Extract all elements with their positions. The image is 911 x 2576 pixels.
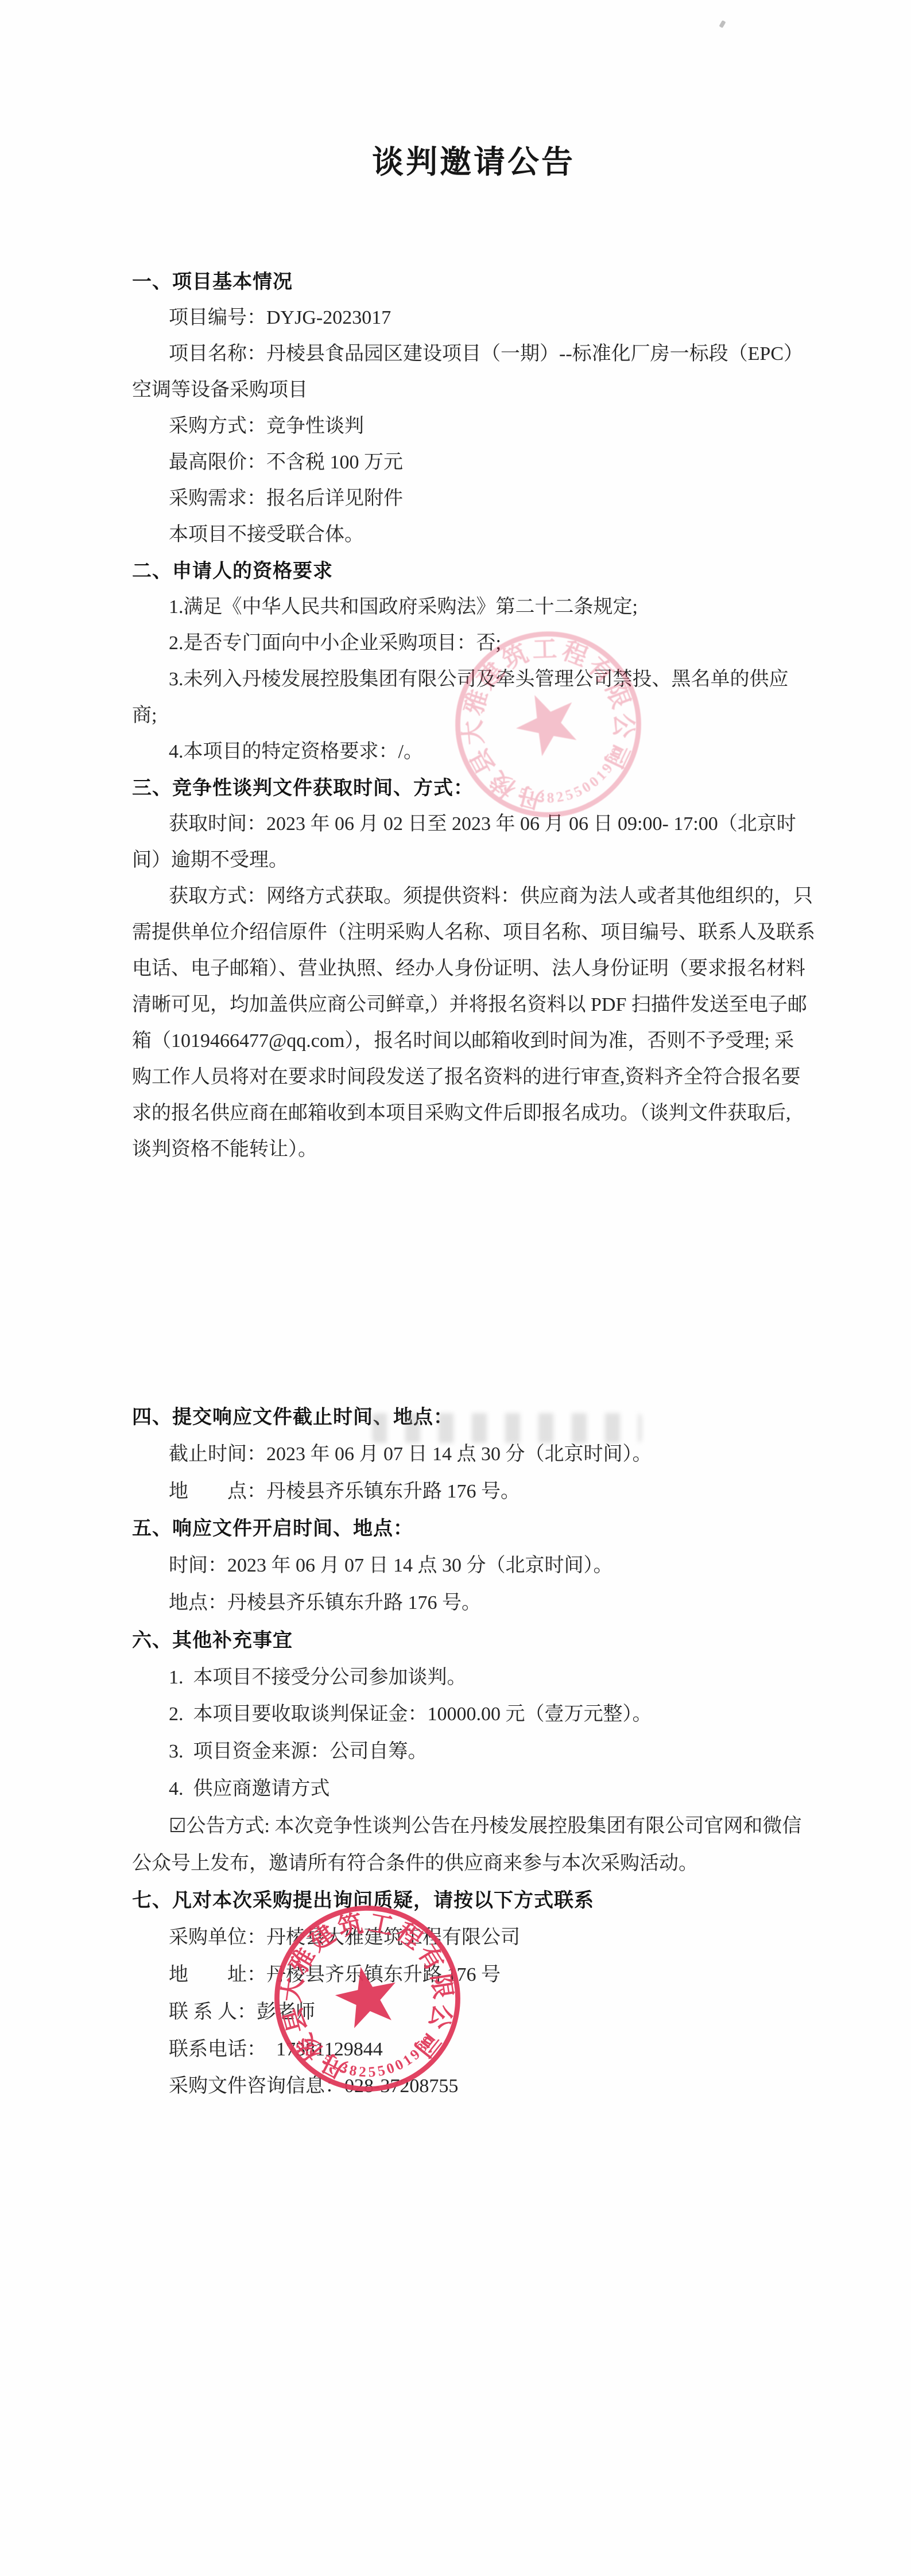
doc-line: 时间：2023 年 06 月 07 日 14 点 30 分（北京时间）。 <box>169 1554 613 1578</box>
doc-line: 求的报名供应商在邮箱收到本项目采购文件后即报名成功。（谈判文件获取后, <box>132 1101 791 1126</box>
doc-line: 1. 本项目不接受分公司参加谈判。 <box>169 1666 467 1690</box>
document-title: 谈判邀请公告 <box>132 137 815 182</box>
ghost-smudge <box>372 1413 642 1443</box>
doc-line: 购工作人员将对在要求时间段发送了报名资料的进行审查,资料齐全符合报名要 <box>132 1065 801 1089</box>
doc-line: 清晰可见，均加盖供应商公司鲜章,）并将报名资料以 PDF 扫描件发送至电子邮 <box>132 993 807 1017</box>
doc-line: 电话、电子邮箱）、营业执照、经办人身份证明、法人身份证明（要求报名材料 <box>132 957 805 981</box>
section-heading: 七、凡对本次采购提出询问质疑，请按以下方式联系 <box>132 1888 594 1912</box>
doc-line: 采购单位：丹棱县大雅建筑工程有限公司 <box>169 1926 520 1950</box>
doc-line: 项目名称：丹棱县食品园区建设项目（一期）--标准化厂房一标段（EPC） <box>169 342 803 366</box>
doc-line: 公众号上发布，邀请所有符合条件的供应商来参与本次采购活动。 <box>132 1852 698 1876</box>
section-heading: 五、响应文件开启时间、地点： <box>132 1516 413 1541</box>
doc-line: 2.是否专门面向中小企业采购项目：否; <box>169 631 501 655</box>
doc-line: 需提供单位介绍信原件（注明采购人名称、项目名称、项目编号、联系人及联系 <box>132 921 815 945</box>
doc-line: 本项目不接受联合体。 <box>169 523 364 547</box>
doc-line: 获取时间：2023 年 06 月 02 日至 2023 年 06 月 06 日 … <box>169 812 796 836</box>
seal-ring <box>260 1891 475 2106</box>
seal-number-text: 5138255001980 <box>511 738 637 824</box>
doc-line: 地 址：丹棱县齐乐镇东升路 176 号 <box>169 1963 501 1987</box>
doc-line: 最高限价：不含税 100 万元 <box>169 451 403 475</box>
star-icon <box>507 682 587 761</box>
doc-line: 联系电话： 17381129844 <box>169 2038 383 2062</box>
doc-line: 3.未列入丹棱发展控股集团有限公司及牵头管理公司禁投、黑名单的供应 <box>169 668 789 692</box>
doc-line: ☑公告方式: 本次竞争性谈判公告在丹棱发展控股集团有限公司官网和微信 <box>169 1814 801 1838</box>
doc-line: 采购需求：报名后详见附件 <box>169 487 403 511</box>
doc-line: 采购文件咨询信息：028-37208755 <box>169 2074 458 2098</box>
section-heading: 一、项目基本情况 <box>132 270 293 294</box>
doc-line: 谈判资格不能转让）。 <box>132 1138 317 1162</box>
scanned-document-page: 谈判邀请公告 一、项目基本情况项目编号：DYJG-2023017项目名称：丹棱县… <box>0 0 911 2576</box>
doc-line: 4. 供应商邀请方式 <box>169 1777 330 1801</box>
seal-company-text: 丹棱县大雅建筑工程有限公司 <box>262 1893 470 2092</box>
scan-speck <box>719 20 726 28</box>
doc-line: 采购方式：竞争性谈判 <box>169 414 364 439</box>
doc-line: 截止时间：2023 年 06 月 07 日 14 点 30 分（北京时间）。 <box>169 1442 652 1467</box>
doc-line: 地点：丹棱县齐乐镇东升路 176 号。 <box>169 1591 481 1615</box>
doc-line: 箱（1019466477@qq.com），报名时间以邮箱收到时间为准，否则不予受… <box>132 1029 794 1053</box>
doc-line: 项目编号：DYJG-2023017 <box>169 306 391 330</box>
doc-line: 2. 本项目要收取谈判保证金：10000.00 元（壹万元整）。 <box>169 1702 652 1727</box>
section-heading: 二、申请人的资格要求 <box>132 559 333 583</box>
doc-line: 1.满足《中华人民共和国政府采购法》第二十二条规定; <box>169 595 638 619</box>
doc-line: 获取方式：网络方式获取。须提供资料：供应商为法人或者其他组织的，只 <box>169 884 813 909</box>
section-heading: 六、其他补充事宜 <box>132 1628 293 1652</box>
doc-line: 间）逾期不受理。 <box>132 848 288 872</box>
doc-line: 联 系 人：彭老师 <box>169 2000 315 2024</box>
doc-line: 地 点：丹棱县齐乐镇东升路 176 号。 <box>169 1480 520 1504</box>
doc-line: 4.本项目的特定资格要求：/。 <box>169 740 423 764</box>
doc-line: 商; <box>132 704 157 728</box>
section-heading: 三、竞争性谈判文件获取时间、方式： <box>132 776 474 800</box>
doc-line: 3. 项目资金来源：公司自筹。 <box>169 1740 428 1764</box>
doc-line: 空调等设备采购项目 <box>132 378 308 402</box>
